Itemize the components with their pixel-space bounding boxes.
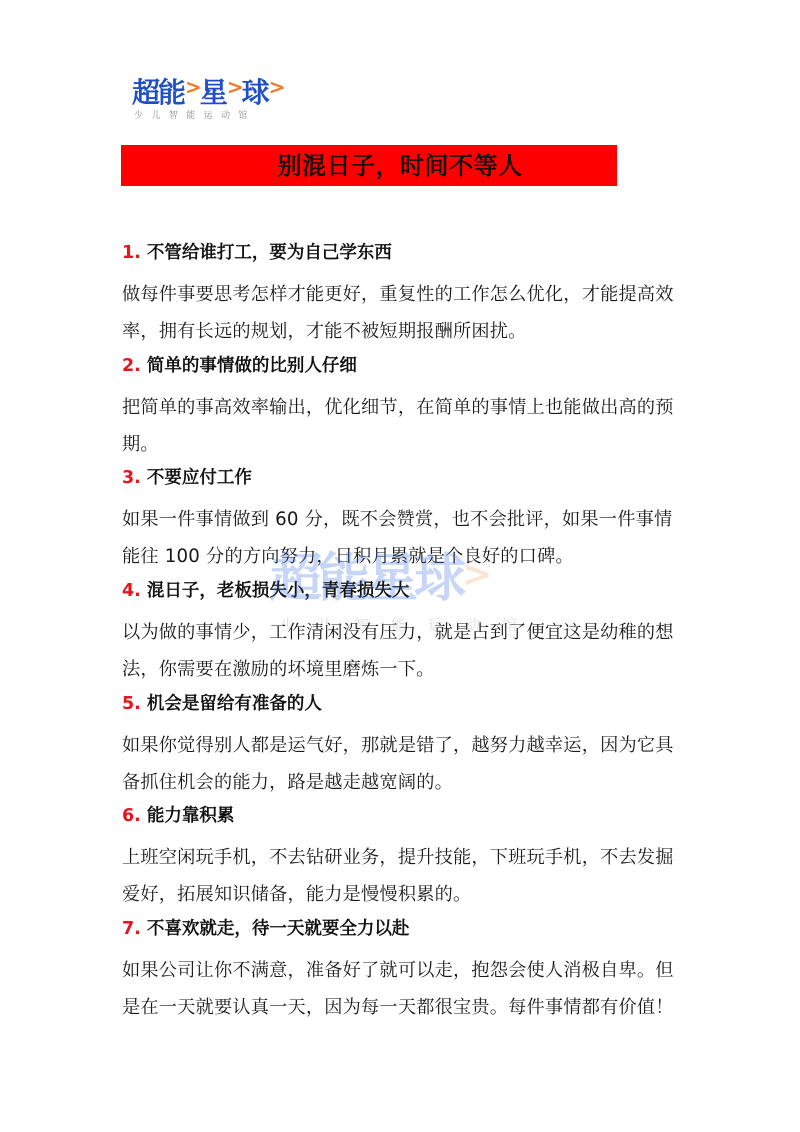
section-number: 5.: [122, 694, 141, 714]
logo-subtitle: 少儿智能运动馆: [132, 111, 272, 122]
section-number: 4.: [122, 581, 141, 601]
body-line: 把简单的事高效率输出，优化细节，在简单的事情上也能做出高的预: [122, 389, 682, 426]
logo-char: 球: [242, 78, 268, 108]
chevron-icon: >: [269, 72, 283, 102]
section-number: 7.: [122, 919, 141, 939]
title-banner: [121, 145, 617, 186]
section-heading-text: 机会是留给有准备的人: [147, 694, 322, 714]
body-line: 期。: [122, 426, 682, 463]
logo-char: 超: [132, 78, 158, 108]
section-heading-text: 能力靠积累: [147, 806, 235, 826]
section-body: 以为做的事情少，工作清闲没有压力，就是占到了便宜这是幼稚的想 法，你需要在激励的…: [122, 614, 682, 688]
section-heading: 4.混日子，老板损失小，青春损失大: [122, 578, 682, 604]
section-heading: 6.能力靠积累: [122, 803, 682, 829]
article-content: 1.不管给谁打工，要为自己学东西 做每件事要思考怎样才能更好，重复性的工作怎么优…: [122, 240, 682, 1029]
body-line: 法，你需要在激励的坏境里磨炼一下。: [122, 651, 682, 688]
section-heading-text: 不管给谁打工，要为自己学东西: [147, 243, 392, 263]
section-3: 3.不要应付工作 如果一件事情做到 60 分，既不会赞赏，也不会批评，如果一件事…: [122, 465, 682, 578]
section-heading: 5.机会是留给有准备的人: [122, 691, 682, 717]
logo-char: 能: [158, 78, 184, 108]
body-line: 做每件事要思考怎样才能更好，重复性的工作怎么优化，才能提高效: [122, 276, 682, 313]
section-body: 做每件事要思考怎样才能更好，重复性的工作怎么优化，才能提高效 率，拥有长远的规划…: [122, 276, 682, 350]
section-number: 2.: [122, 356, 141, 376]
body-line: 如果公司让你不满意，准备好了就可以走，抱怨会使人消极自卑。但: [122, 952, 682, 989]
section-heading-text: 不要应付工作: [147, 468, 252, 488]
body-line: 备抓住机会的能力，路是越走越宽阔的。: [122, 764, 682, 801]
logo-wordmark: 超 能 > 星 > 球 >: [132, 76, 272, 108]
section-number: 6.: [122, 806, 141, 826]
section-7: 7.不喜欢就走，待一天就要全力以赴 如果公司让你不满意，准备好了就可以走，抱怨会…: [122, 916, 682, 1029]
body-line: 能往 100 分的方向努力，日积月累就是个良好的口碑。: [122, 538, 682, 575]
section-heading: 3.不要应付工作: [122, 465, 682, 491]
chevron-icon: >: [185, 72, 199, 102]
body-line: 爱好，拓展知识储备，能力是慢慢积累的。: [122, 876, 682, 913]
section-2: 2.简单的事情做的比别人仔细 把简单的事高效率输出，优化细节，在简单的事情上也能…: [122, 353, 682, 466]
brand-logo: 超 能 > 星 > 球 > 少儿智能运动馆: [132, 76, 272, 122]
section-4: 4.混日子，老板损失小，青春损失大 以为做的事情少，工作清闲没有压力，就是占到了…: [122, 578, 682, 691]
section-heading-text: 不喜欢就走，待一天就要全力以赴: [147, 919, 410, 939]
body-line: 以为做的事情少，工作清闲没有压力，就是占到了便宜这是幼稚的想: [122, 614, 682, 651]
section-heading: 1.不管给谁打工，要为自己学东西: [122, 240, 682, 266]
chevron-icon: >: [227, 72, 241, 102]
section-heading-text: 简单的事情做的比别人仔细: [147, 356, 357, 376]
section-1: 1.不管给谁打工，要为自己学东西 做每件事要思考怎样才能更好，重复性的工作怎么优…: [122, 240, 682, 353]
section-body: 把简单的事高效率输出，优化细节，在简单的事情上也能做出高的预 期。: [122, 389, 682, 463]
section-body: 上班空闲玩手机，不去钻研业务，提升技能，下班玩手机，不去发掘 爱好，拓展知识储备…: [122, 839, 682, 913]
section-heading: 7.不喜欢就走，待一天就要全力以赴: [122, 916, 682, 942]
section-body: 如果公司让你不满意，准备好了就可以走，抱怨会使人消极自卑。但 是在一天就要认真一…: [122, 952, 682, 1026]
body-line: 如果一件事情做到 60 分，既不会赞赏，也不会批评，如果一件事情: [122, 501, 682, 538]
section-number: 3.: [122, 468, 141, 488]
section-5: 5.机会是留给有准备的人 如果你觉得别人都是运气好，那就是错了，越努力越幸运，因…: [122, 691, 682, 804]
body-line: 如果你觉得别人都是运气好，那就是错了，越努力越幸运，因为它具: [122, 727, 682, 764]
section-number: 1.: [122, 243, 141, 263]
section-heading-text: 混日子，老板损失小，青春损失大: [147, 581, 410, 601]
section-body: 如果一件事情做到 60 分，既不会赞赏，也不会批评，如果一件事情 能往 100 …: [122, 501, 682, 575]
body-line: 上班空闲玩手机，不去钻研业务，提升技能，下班玩手机，不去发掘: [122, 839, 682, 876]
body-line: 率，拥有长远的规划，才能不被短期报酬所困扰。: [122, 313, 682, 350]
body-line: 是在一天就要认真一天，因为每一天都很宝贵。每件事情都有价值！: [122, 989, 682, 1026]
section-heading: 2.简单的事情做的比别人仔细: [122, 353, 682, 379]
logo-char: 星: [200, 78, 226, 108]
section-body: 如果你觉得别人都是运气好，那就是错了，越努力越幸运，因为它具 备抓住机会的能力，…: [122, 727, 682, 801]
section-6: 6.能力靠积累 上班空闲玩手机，不去钻研业务，提升技能，下班玩手机，不去发掘 爱…: [122, 803, 682, 916]
